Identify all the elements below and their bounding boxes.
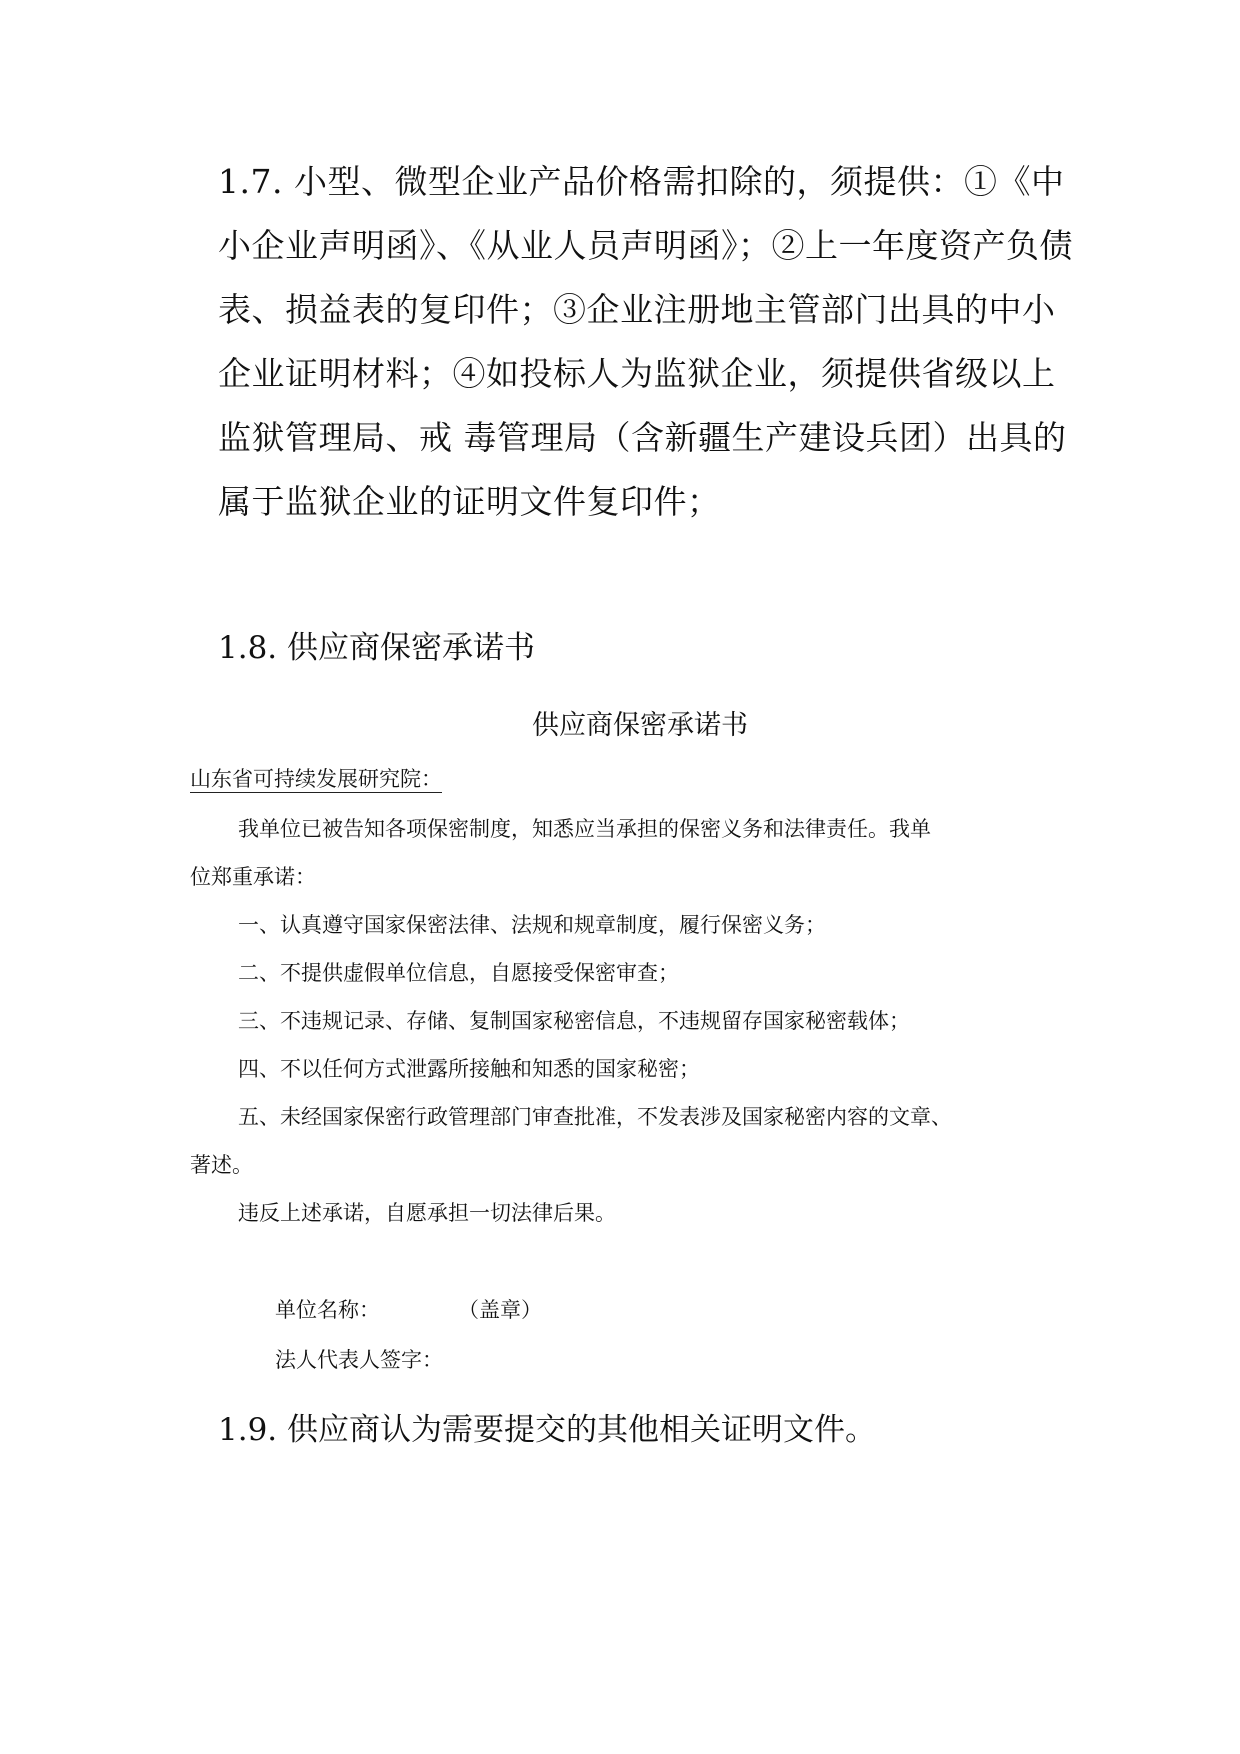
section-1-7-line: 企业证明材料；④如投标人为监狱企业，须提供省级以上 — [218, 354, 1056, 394]
signature-label: 法人代表人签字： — [275, 1345, 443, 1375]
letter-intro-line: 位郑重承诺： — [190, 862, 316, 892]
letter-intro-line: 我单位已被告知各项保密制度，知悉应当承担的保密义务和法律责任。我单 — [238, 814, 931, 844]
commitment-item: 五、未经国家保密行政管理部门审查批准，不发表涉及国家秘密内容的文章、 — [238, 1102, 952, 1132]
letter-addressee: 山东省可持续发展研究院： — [190, 764, 442, 794]
document-page: 1.7. 小型、微型企业产品价格需扣除的，须提供：①《中 小企业声明函》、《从业… — [0, 0, 1240, 1754]
commitment-item: 四、不以任何方式泄露所接触和知悉的国家秘密； — [238, 1054, 700, 1084]
unit-name-label: 单位名称： — [275, 1295, 380, 1325]
addressee-text: 山东省可持续发展研究院： — [190, 767, 442, 793]
section-1-8-heading: 1.8. 供应商保密承诺书 — [218, 628, 535, 668]
section-1-7-line: 小企业声明函》、《从业人员声明函》；②上一年度资产负债 — [218, 226, 1073, 266]
commitment-item-continuation: 著述。 — [190, 1150, 253, 1180]
commitment-item: 二、不提供虚假单位信息，自愿接受保密审查； — [238, 958, 679, 988]
letter-title: 供应商保密承诺书 — [0, 708, 1240, 744]
section-1-7-line: 监狱管理局、戒 毒管理局（含新疆生产建设兵团）出具的 — [218, 418, 1067, 458]
section-1-9-heading: 1.9. 供应商认为需要提交的其他相关证明文件。 — [218, 1410, 876, 1450]
section-1-7-line: 属于监狱企业的证明文件复印件； — [218, 482, 721, 522]
seal-label: （盖章） — [458, 1295, 542, 1325]
commitment-item: 一、认真遵守国家保密法律、法规和规章制度，履行保密义务； — [238, 910, 826, 940]
consequence-statement: 违反上述承诺，自愿承担一切法律后果。 — [238, 1198, 616, 1228]
section-1-7-line: 1.7. 小型、微型企业产品价格需扣除的，须提供：①《中 — [218, 162, 1064, 202]
commitment-item: 三、不违规记录、存储、复制国家秘密信息，不违规留存国家秘密载体； — [238, 1006, 910, 1036]
section-1-7-line: 表、损益表的复印件；③企业注册地主管部门出具的中小 — [218, 290, 1056, 330]
